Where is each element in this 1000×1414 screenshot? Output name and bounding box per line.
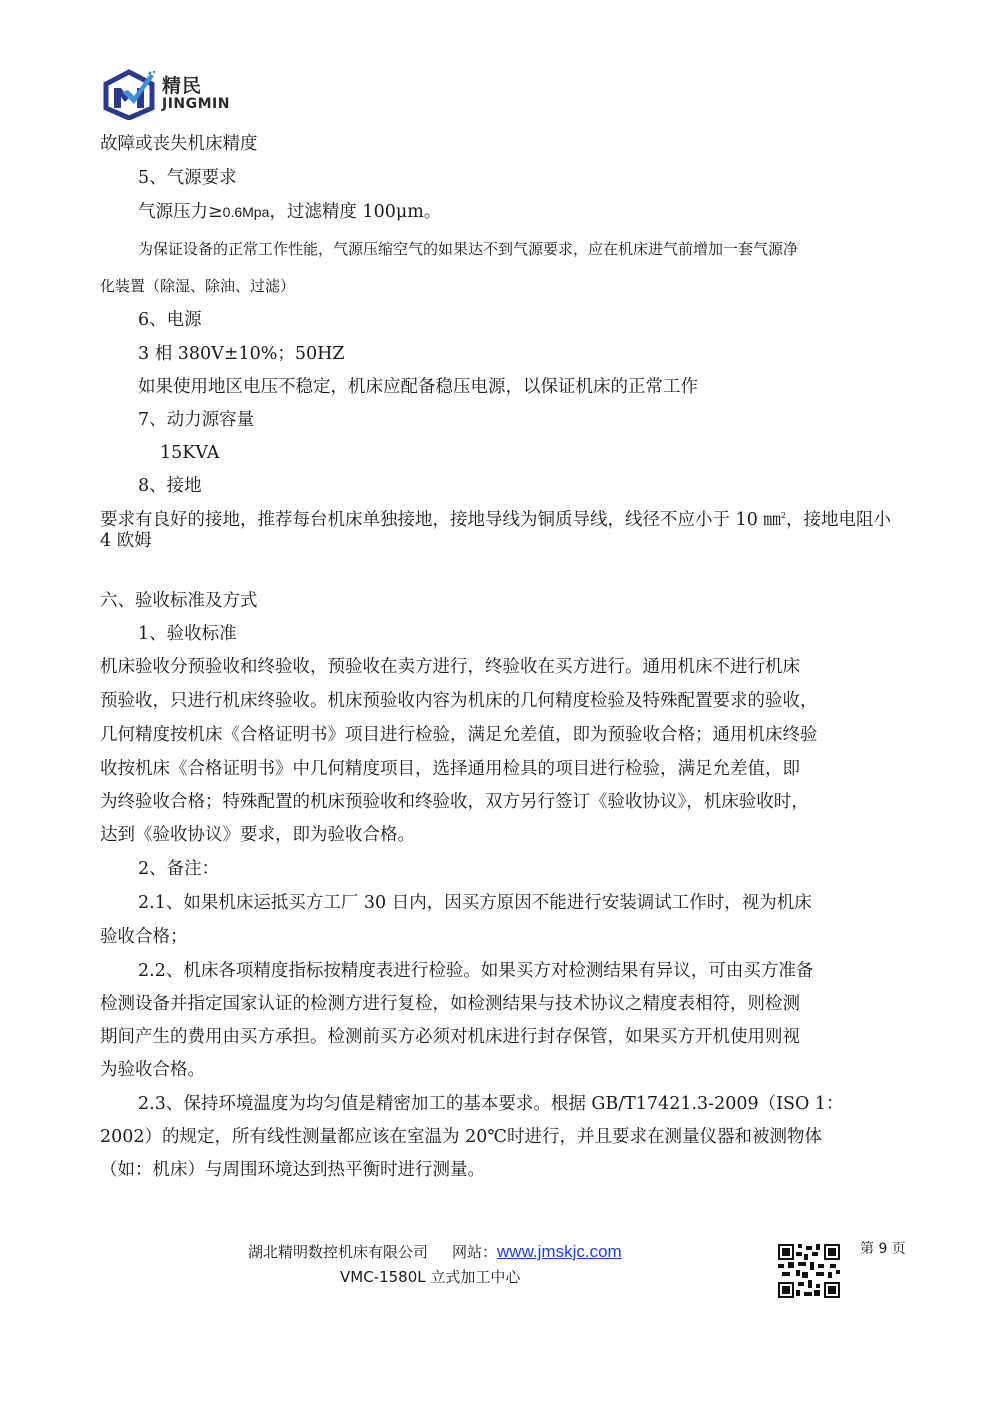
body-line: 检测设备并指定国家认证的检测方进行复检，如检测结果与技术协议之精度表相符，则检测 bbox=[100, 993, 800, 1015]
body-line: 为终验收合格；特殊配置的机床预验收和终验收，双方另行签订《验收协议》，机床验收时… bbox=[100, 791, 809, 813]
logo-text-en: JINGMIN bbox=[162, 96, 230, 112]
section-heading-power-capacity: 7、动力源容量 bbox=[138, 409, 254, 431]
footer-website-label: 网站： bbox=[452, 1243, 497, 1261]
body-line: 4 欧姆 bbox=[100, 530, 152, 552]
body-line: 机床验收分预验收和终验收，预验收在卖方进行，终验收在买方进行。通用机床不进行机床 bbox=[100, 656, 800, 678]
section-heading-acceptance-standard: 1、验收标准 bbox=[138, 623, 237, 645]
body-line: 如果使用地区电压不稳定，机床应配备稳压电源，以保证机床的正常工作 bbox=[138, 376, 698, 398]
body-line: 预验收，只进行机床终验收。机床预验收内容为机床的几何精度检验及特殊配置要求的验收… bbox=[100, 690, 818, 712]
footer-model: VMC-1580L 立式加工中心 bbox=[340, 1266, 520, 1287]
footer-company-line: 湖北精明数控机床有限公司网站：www.jmskjc.com bbox=[248, 1241, 622, 1262]
section-heading-grounding: 8、接地 bbox=[138, 475, 202, 497]
body-line: 故障或丧失机床精度 bbox=[100, 133, 258, 155]
body-line: 15KVA bbox=[160, 442, 219, 464]
body-line: 要求有良好的接地，推荐每台机床单独接地，接地导线为铜质导线，线径不应小于 10 … bbox=[100, 505, 891, 531]
body-line: 2002）的规定，所有线性测量都应该在室温为 20℃时进行，并且要求在测量仪器和… bbox=[100, 1126, 822, 1148]
body-line: 2.3、保持环境温度为均匀值是精密加工的基本要求。根据 GB/T17421.3-… bbox=[138, 1093, 844, 1115]
body-line: 2.2、机床各项精度指标按精度表进行检验。如果买方对检测结果有异议，可由买方准备 bbox=[138, 960, 813, 982]
footer-company: 湖北精明数控机床有限公司 bbox=[248, 1243, 428, 1261]
body-line: 验收合格； bbox=[100, 926, 188, 948]
body-line: 为保证设备的正常工作性能，气源压缩空气的如果达不到气源要求，应在机床进气前增加一… bbox=[138, 238, 798, 260]
body-line: 期间产生的费用由买方承担。检测前买方必须对机床进行封存保管，如果买方开机使用则视 bbox=[100, 1026, 800, 1048]
section-heading-air-supply: 5、气源要求 bbox=[138, 167, 237, 189]
section-heading-notes: 2、备注： bbox=[138, 858, 219, 880]
section-heading-power: 6、电源 bbox=[138, 309, 202, 331]
jingmin-logo-icon bbox=[100, 66, 158, 120]
body-line: 收按机床《合格证明书》中几何精度项目，选择通用检具的项目进行检验，满足允差值，即 bbox=[100, 758, 800, 780]
company-logo: 精民 JINGMIN bbox=[100, 66, 260, 120]
body-line: （如：机床）与周围环境达到热平衡时进行测量。 bbox=[100, 1159, 485, 1181]
logo-text-cn: 精民 bbox=[162, 71, 202, 98]
chapter-heading-acceptance: 六、验收标准及方式 bbox=[100, 590, 258, 612]
body-line: 气源压力≥0.6Mpa，过滤精度 100μm。 bbox=[138, 201, 441, 223]
qr-code-icon bbox=[778, 1244, 840, 1298]
body-line: 为验收合格。 bbox=[100, 1059, 205, 1081]
body-line: 几何精度按机床《合格证明书》项目进行检验，满足允差值，即为预验收合格；通用机床终… bbox=[100, 724, 818, 746]
body-line: 2.1、如果机床运抵买方工厂 30 日内，因买方原因不能进行安装调试工作时，视为… bbox=[138, 892, 812, 914]
page-number: 第 9 页 bbox=[860, 1238, 906, 1258]
body-line: 化装置（除湿、除油、过滤） bbox=[100, 275, 295, 297]
body-line: 3 相 380V±10%；50HZ bbox=[138, 343, 345, 365]
body-line: 达到《验收协议》要求，即为验收合格。 bbox=[100, 824, 415, 846]
footer-website-link[interactable]: www.jmskjc.com bbox=[497, 1242, 622, 1261]
